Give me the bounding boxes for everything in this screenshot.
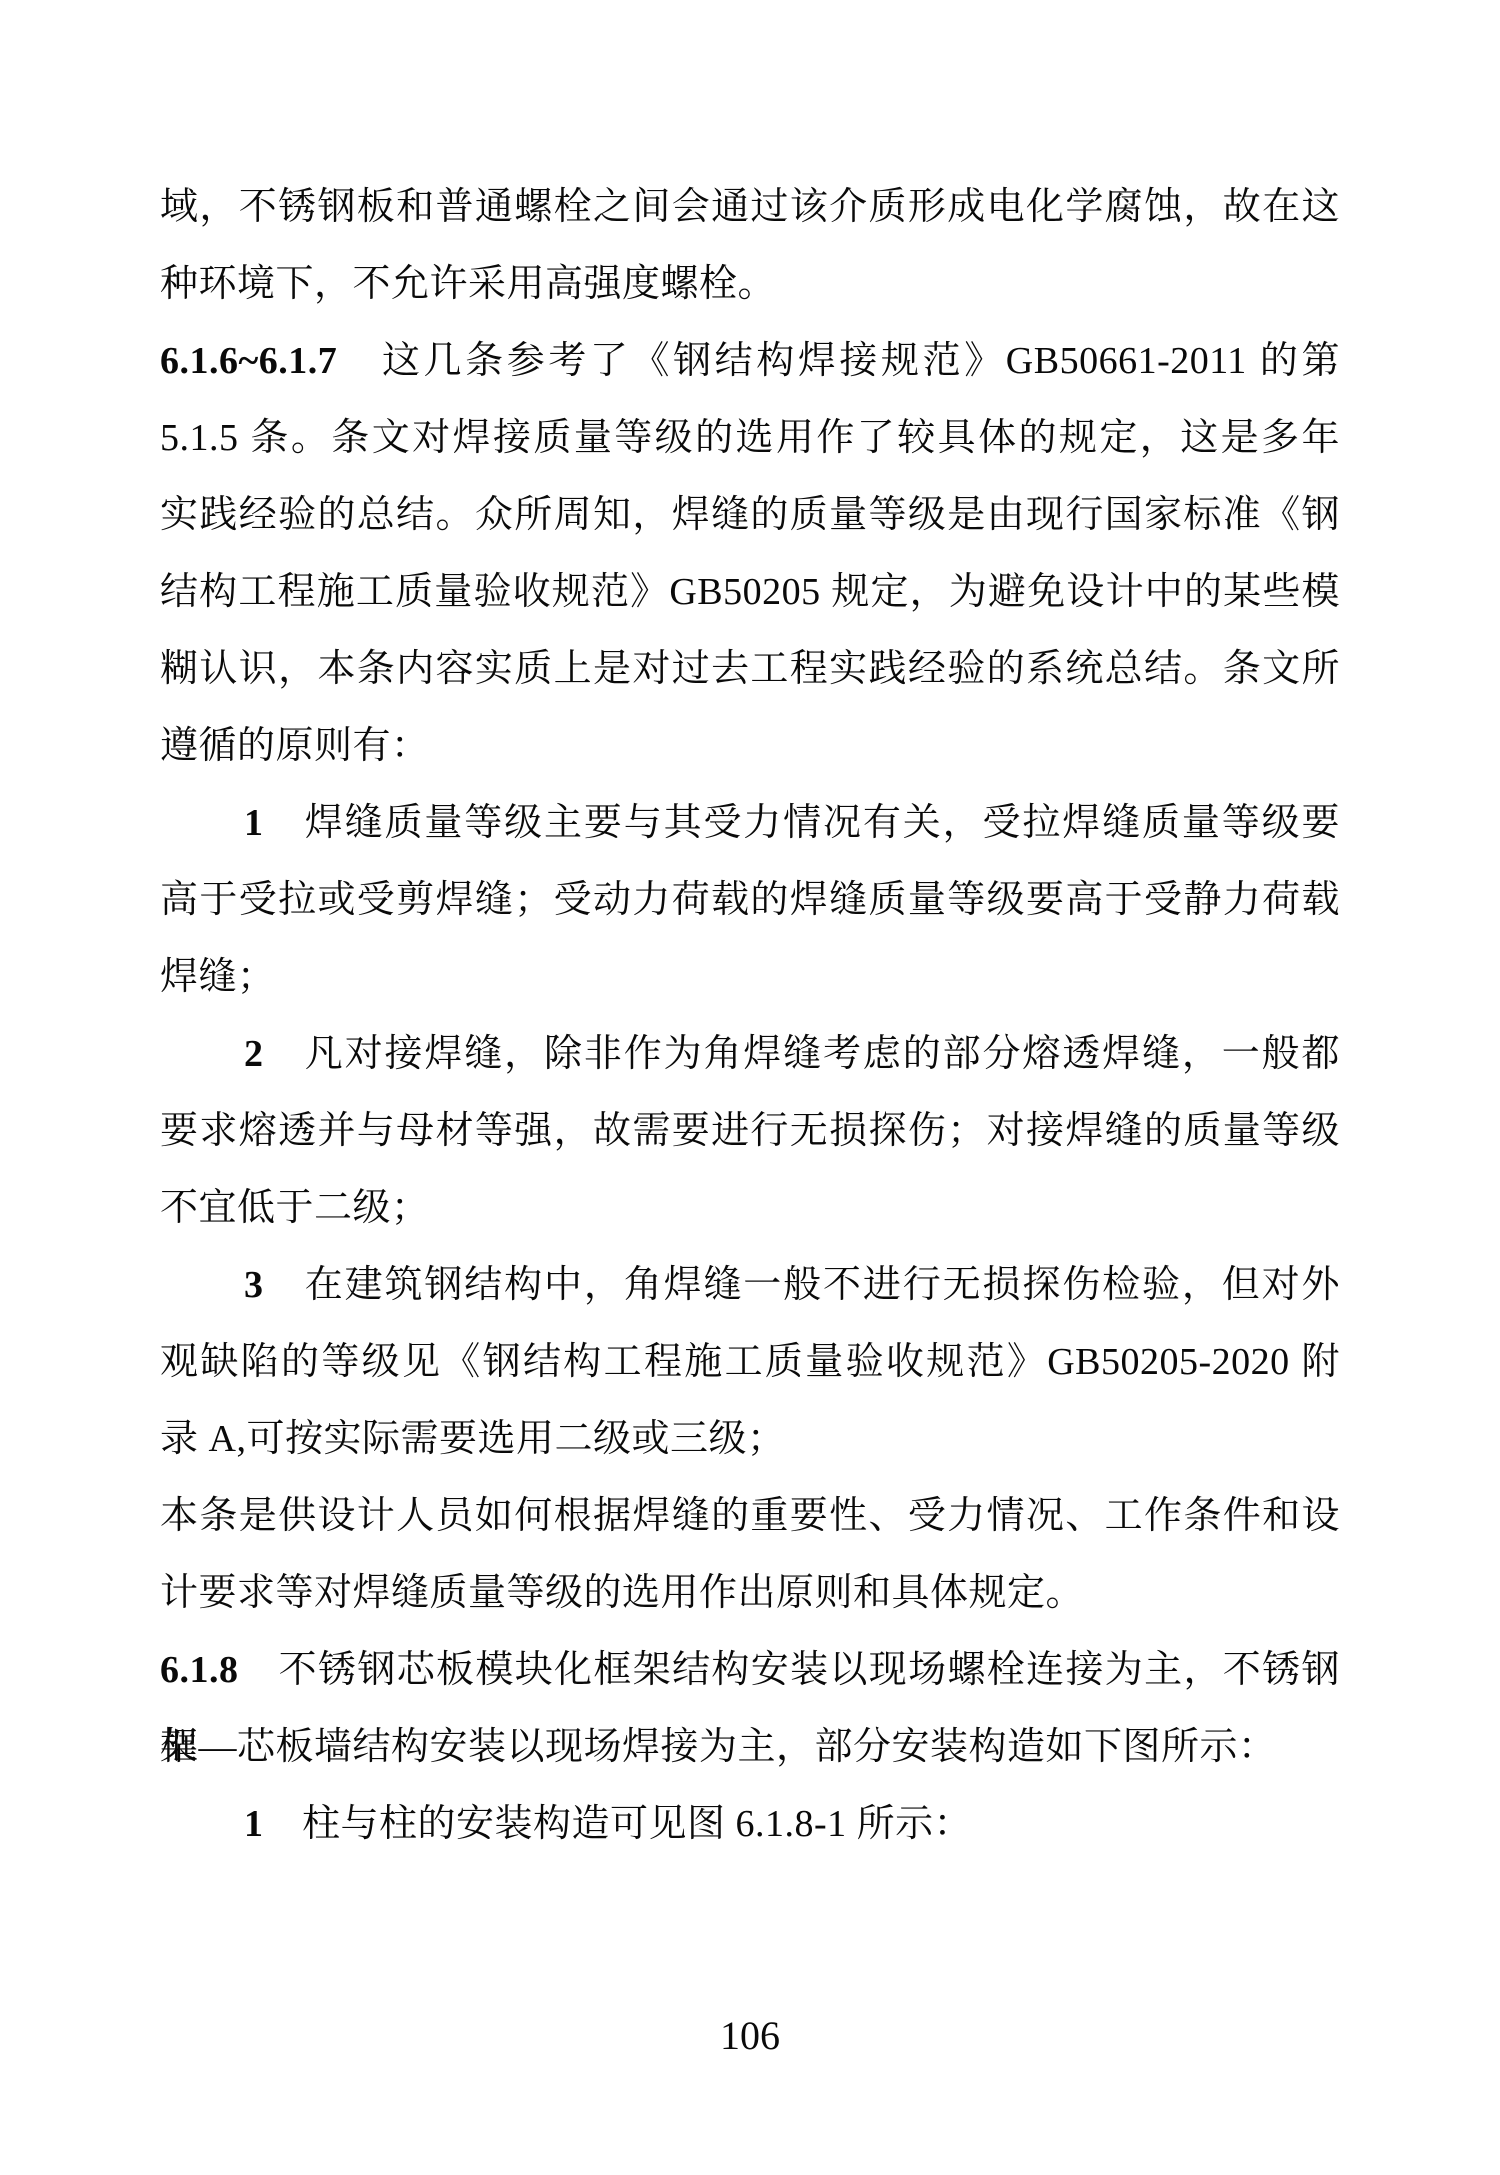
text-line: 1 焊缝质量等级主要与其受力情况有关，受拉焊缝质量等级要: [160, 785, 1340, 862]
text-column: 域，不锈钢板和普通螺栓之间会通过该介质形成电化学腐蚀，故在这种环境下，不允许采用…: [160, 169, 1340, 1863]
body-text: 本条是供设计人员如何根据焊缝的重要性、受力情况、工作条件和设: [160, 1495, 1340, 1537]
section-number-bold: 1: [244, 1803, 264, 1845]
text-line: 不宜低于二级；: [160, 1170, 1340, 1247]
body-text: 域，不锈钢板和普通螺栓之间会通过该介质形成电化学腐蚀，故在这: [160, 186, 1340, 228]
body-text: 这几条参考了《钢结构焊接规范》GB50661-2011 的第: [337, 340, 1340, 382]
section-number-bold: 1: [244, 802, 264, 844]
body-text: 架—芯板墙结构安装以现场焊接为主，部分安装构造如下图所示：: [160, 1726, 1277, 1768]
text-line: 要求熔透并与母材等强，故需要进行无损探伤；对接焊缝的质量等级: [160, 1093, 1340, 1170]
body-text: 结构工程施工质量验收规范》GB50205 规定，为避免设计中的某些模: [160, 571, 1340, 613]
text-line: 2 凡对接焊缝，除非作为角焊缝考虑的部分熔透焊缝，一般都: [160, 1016, 1340, 1093]
body-text: 要求熔透并与母材等强，故需要进行无损探伤；对接焊缝的质量等级: [160, 1110, 1340, 1152]
body-text: 录 A,可按实际需要选用二级或三级；: [160, 1418, 785, 1460]
body-text: 遵循的原则有：: [160, 725, 430, 767]
section-number-bold: 6.1.8: [160, 1649, 239, 1691]
text-line: 高于受拉或受剪焊缝；受动力荷载的焊缝质量等级要高于受静力荷载: [160, 862, 1340, 939]
body-text: 种环境下，不允许采用高强度螺栓。: [160, 263, 776, 305]
text-line: 本条是供设计人员如何根据焊缝的重要性、受力情况、工作条件和设: [160, 1478, 1340, 1555]
section-number-bold: 3: [244, 1264, 264, 1306]
body-text: 高于受拉或受剪焊缝；受动力荷载的焊缝质量等级要高于受静力荷载: [160, 879, 1340, 921]
body-text: 实践经验的总结。众所周知，焊缝的质量等级是由现行国家标准《钢: [160, 494, 1340, 536]
text-line: 遵循的原则有：: [160, 708, 1340, 785]
text-line: 糊认识，本条内容实质上是对过去工程实践经验的系统总结。条文所: [160, 631, 1340, 708]
body-text: 糊认识，本条内容实质上是对过去工程实践经验的系统总结。条文所: [160, 648, 1340, 690]
text-line: 1 柱与柱的安装构造可见图 6.1.8-1 所示：: [160, 1786, 1340, 1863]
text-line: 5.1.5 条。条文对焊接质量等级的选用作了较具体的规定，这是多年: [160, 400, 1340, 477]
text-line: 焊缝；: [160, 939, 1340, 1016]
text-line: 实践经验的总结。众所周知，焊缝的质量等级是由现行国家标准《钢: [160, 477, 1340, 554]
text-line: 域，不锈钢板和普通螺栓之间会通过该介质形成电化学腐蚀，故在这: [160, 169, 1340, 246]
body-text: 凡对接焊缝，除非作为角焊缝考虑的部分熔透焊缝，一般都: [264, 1033, 1341, 1075]
section-number-bold: 6.1.6~6.1.7: [160, 340, 337, 382]
text-line: 3 在建筑钢结构中，角焊缝一般不进行无损探伤检验，但对外: [160, 1247, 1340, 1324]
section-number-bold: 2: [244, 1033, 264, 1075]
body-text: 在建筑钢结构中，角焊缝一般不进行无损探伤检验，但对外: [264, 1264, 1341, 1306]
body-text: 焊缝质量等级主要与其受力情况有关，受拉焊缝质量等级要: [264, 802, 1341, 844]
document-page: 域，不锈钢板和普通螺栓之间会通过该介质形成电化学腐蚀，故在这种环境下，不允许采用…: [0, 0, 1500, 2175]
body-text: 观缺陷的等级见《钢结构工程施工质量验收规范》GB50205-2020 附: [160, 1341, 1340, 1383]
text-line: 录 A,可按实际需要选用二级或三级；: [160, 1401, 1340, 1478]
text-line: 结构工程施工质量验收规范》GB50205 规定，为避免设计中的某些模: [160, 554, 1340, 631]
text-line: 计要求等对焊缝质量等级的选用作出原则和具体规定。: [160, 1555, 1340, 1632]
page-number: 106: [0, 2012, 1500, 2060]
text-line: 6.1.8 不锈钢芯板模块化框架结构安装以现场螺栓连接为主，不锈钢框: [160, 1632, 1340, 1709]
text-line: 6.1.6~6.1.7 这几条参考了《钢结构焊接规范》GB50661-2011 …: [160, 323, 1340, 400]
body-text: 计要求等对焊缝质量等级的选用作出原则和具体规定。: [160, 1572, 1084, 1614]
body-text: 不宜低于二级；: [160, 1187, 430, 1229]
text-line: 架—芯板墙结构安装以现场焊接为主，部分安装构造如下图所示：: [160, 1709, 1340, 1786]
text-line: 观缺陷的等级见《钢结构工程施工质量验收规范》GB50205-2020 附: [160, 1324, 1340, 1401]
body-text: 5.1.5 条。条文对焊接质量等级的选用作了较具体的规定，这是多年: [160, 417, 1340, 459]
body-text: 焊缝；: [160, 956, 276, 998]
text-line: 种环境下，不允许采用高强度螺栓。: [160, 246, 1340, 323]
body-text: 柱与柱的安装构造可见图 6.1.8-1 所示：: [264, 1803, 973, 1845]
